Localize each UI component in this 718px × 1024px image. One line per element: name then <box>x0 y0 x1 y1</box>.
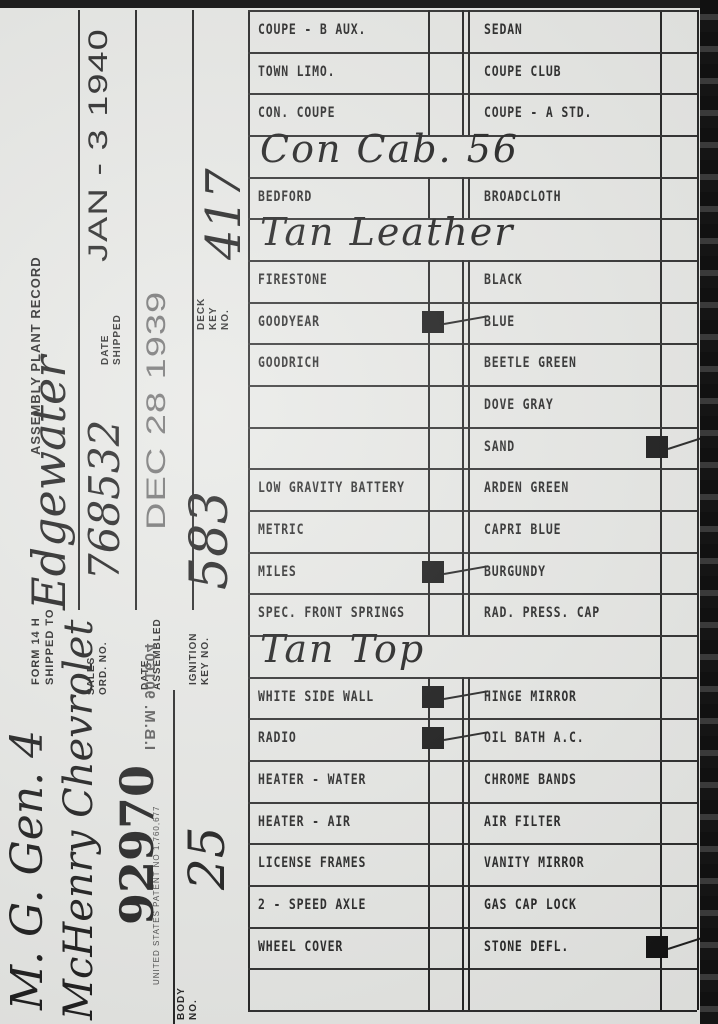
option-label-right: BURGUNDY <box>484 564 546 580</box>
option-label-right: SEDAN <box>484 22 523 38</box>
option-label-left: GOODRICH <box>258 355 320 371</box>
rule <box>248 177 697 179</box>
handwritten-entry: Con Cab. 56 <box>260 127 519 171</box>
rule <box>248 385 697 387</box>
rule <box>462 968 464 1010</box>
ignition-key-value: 583 <box>180 491 240 590</box>
option-label-left: COUPE - B AUX. <box>258 22 366 38</box>
rule <box>468 552 470 594</box>
rule <box>248 302 697 304</box>
date-shipped-value: JAN - 3 1940 <box>84 28 114 262</box>
rule <box>248 927 697 929</box>
check-mark-icon <box>646 436 668 458</box>
option-label-right: AIR FILTER <box>484 814 561 830</box>
date-shipped-label: DATE SHIPPED <box>100 305 124 365</box>
option-label-left: MILES <box>258 564 297 580</box>
rule <box>428 885 430 927</box>
rule <box>468 927 470 969</box>
body-number-suffix: 25 <box>178 826 236 890</box>
check-mark-icon <box>422 311 444 333</box>
dealer-note-2: McHenry Chevrolet <box>56 620 102 1021</box>
rule <box>468 593 470 635</box>
rule <box>428 52 430 94</box>
option-label-left: TOWN LIMO. <box>258 64 335 80</box>
rule <box>428 802 430 844</box>
option-label-right: BLACK <box>484 272 523 288</box>
rule <box>428 968 430 1010</box>
rule <box>135 10 137 610</box>
rule <box>468 52 470 94</box>
pencil-stroke <box>444 690 489 700</box>
body-number-label: BODY NO. <box>176 980 200 1020</box>
option-label-left: SPEC. FRONT SPRINGS <box>258 605 405 621</box>
option-label-right: CAPRI BLUE <box>484 522 561 538</box>
handwritten-entry: Tan Top <box>260 627 425 671</box>
rule <box>248 260 697 262</box>
option-label-right: BEETLE GREEN <box>484 355 577 371</box>
check-mark-icon <box>422 727 444 749</box>
rule <box>462 927 464 969</box>
rule <box>248 343 697 345</box>
option-label-right: VANITY MIRROR <box>484 855 585 871</box>
rule <box>462 593 464 635</box>
rule <box>248 93 697 95</box>
rule <box>468 510 470 552</box>
option-label-right: CHROME BANDS <box>484 772 577 788</box>
option-label-left: WHITE SIDE WALL <box>258 689 374 705</box>
option-label-left: METRIC <box>258 522 304 538</box>
rule <box>173 690 175 1024</box>
rule <box>248 677 697 679</box>
rule <box>468 427 470 469</box>
ibm-number: I.B.M. 901604 <box>143 643 155 750</box>
rule <box>428 343 430 385</box>
option-label-left: BEDFORD <box>258 189 312 205</box>
option-label-left: LICENSE FRAMES <box>258 855 366 871</box>
rule <box>462 52 464 94</box>
rule <box>468 385 470 427</box>
rule <box>248 510 697 512</box>
ignition-key-label: IGNITION KEY NO. <box>188 630 212 685</box>
rule <box>248 843 697 845</box>
option-label-right: HINGE MIRROR <box>484 689 577 705</box>
rule <box>468 885 470 927</box>
option-label-left: FIRESTONE <box>258 272 328 288</box>
rule <box>462 843 464 885</box>
rule <box>468 468 470 510</box>
option-label-right: GAS CAP LOCK <box>484 897 577 913</box>
rule <box>462 468 464 510</box>
rule <box>248 718 697 720</box>
rule <box>248 468 697 470</box>
rule <box>462 760 464 802</box>
rule <box>248 552 697 554</box>
rule <box>428 10 430 52</box>
option-label-right: DOVE GRAY <box>484 397 554 413</box>
rule <box>468 802 470 844</box>
rule <box>697 10 699 1010</box>
rule <box>248 10 697 12</box>
rule <box>462 10 464 52</box>
rule <box>248 885 697 887</box>
pencil-stroke <box>444 731 489 741</box>
option-label-left: WHEEL COVER <box>258 939 343 955</box>
handwritten-entry: Tan Leather <box>260 210 514 254</box>
rule <box>462 427 464 469</box>
assembly-plant-record-card: ASSEMBLY PLANT RECORD FORM 14 H SHIPPED … <box>0 0 700 1024</box>
rule <box>428 593 430 635</box>
check-mark-icon <box>422 561 444 583</box>
rule <box>248 593 697 595</box>
rule <box>428 843 430 885</box>
rule <box>468 843 470 885</box>
shipped-to-value: Edgewater <box>22 356 76 610</box>
rule <box>468 760 470 802</box>
rule <box>428 760 430 802</box>
rule <box>428 427 430 469</box>
rule <box>248 1010 697 1012</box>
option-label-left: RADIO <box>258 730 297 746</box>
rule <box>468 343 470 385</box>
pencil-stroke <box>444 315 489 325</box>
rule <box>468 302 470 344</box>
option-label-right: BLUE <box>484 314 515 330</box>
rule <box>428 260 430 302</box>
rule <box>462 260 464 302</box>
option-label-right: SAND <box>484 439 515 455</box>
pencil-stroke <box>444 565 489 575</box>
rule <box>462 718 464 760</box>
rule <box>462 552 464 594</box>
rule <box>462 385 464 427</box>
rule <box>248 802 697 804</box>
option-label-left: HEATER - WATER <box>258 772 366 788</box>
option-label-left: HEATER - AIR <box>258 814 351 830</box>
rule <box>468 968 470 1010</box>
check-mark-icon <box>646 936 668 958</box>
rule <box>428 468 430 510</box>
rule <box>462 343 464 385</box>
option-label-left: GOODYEAR <box>258 314 320 330</box>
rule <box>468 677 470 719</box>
patent-text: UNITED STATES PATENT NO 1,760,677 <box>152 806 161 985</box>
form-number-label: FORM 14 H <box>30 617 42 685</box>
option-label-right: RAD. PRESS. CAP <box>484 605 600 621</box>
option-label-right: BROADCLOTH <box>484 189 561 205</box>
rule <box>248 760 697 762</box>
check-mark-icon <box>422 686 444 708</box>
rule <box>248 968 697 970</box>
rule <box>462 885 464 927</box>
dealer-note-1: M. G. Gen. 4 <box>2 730 53 1010</box>
rule <box>468 10 470 52</box>
sales-order-value: 768532 <box>80 420 129 580</box>
option-label-right: COUPE CLUB <box>484 64 561 80</box>
option-label-left: LOW GRAVITY BATTERY <box>258 480 405 496</box>
option-label-left: 2 - SPEED AXLE <box>258 897 366 913</box>
option-label-right: OIL BATH A.C. <box>484 730 585 746</box>
deck-key-value: 417 <box>196 168 252 260</box>
option-label-left: CON. COUPE <box>258 105 335 121</box>
rule <box>428 510 430 552</box>
rule <box>468 718 470 760</box>
rule <box>462 802 464 844</box>
rule <box>428 927 430 969</box>
rule <box>462 510 464 552</box>
option-label-right: STONE DEFL. <box>484 939 569 955</box>
rule <box>428 385 430 427</box>
shipped-to-label: SHIPPED TO <box>44 609 56 685</box>
option-label-right: ARDEN GREEN <box>484 480 569 496</box>
rule <box>468 260 470 302</box>
rule <box>248 52 697 54</box>
rule <box>462 677 464 719</box>
deck-key-label: DECK KEY NO. <box>196 290 232 330</box>
rule <box>462 302 464 344</box>
photo-edge-top <box>0 0 718 8</box>
photo-edge-right <box>700 0 718 1024</box>
option-label-right: COUPE - A STD. <box>484 105 592 121</box>
date-assembled-value: DEC 28 1939 <box>142 291 172 530</box>
rule <box>248 427 697 429</box>
